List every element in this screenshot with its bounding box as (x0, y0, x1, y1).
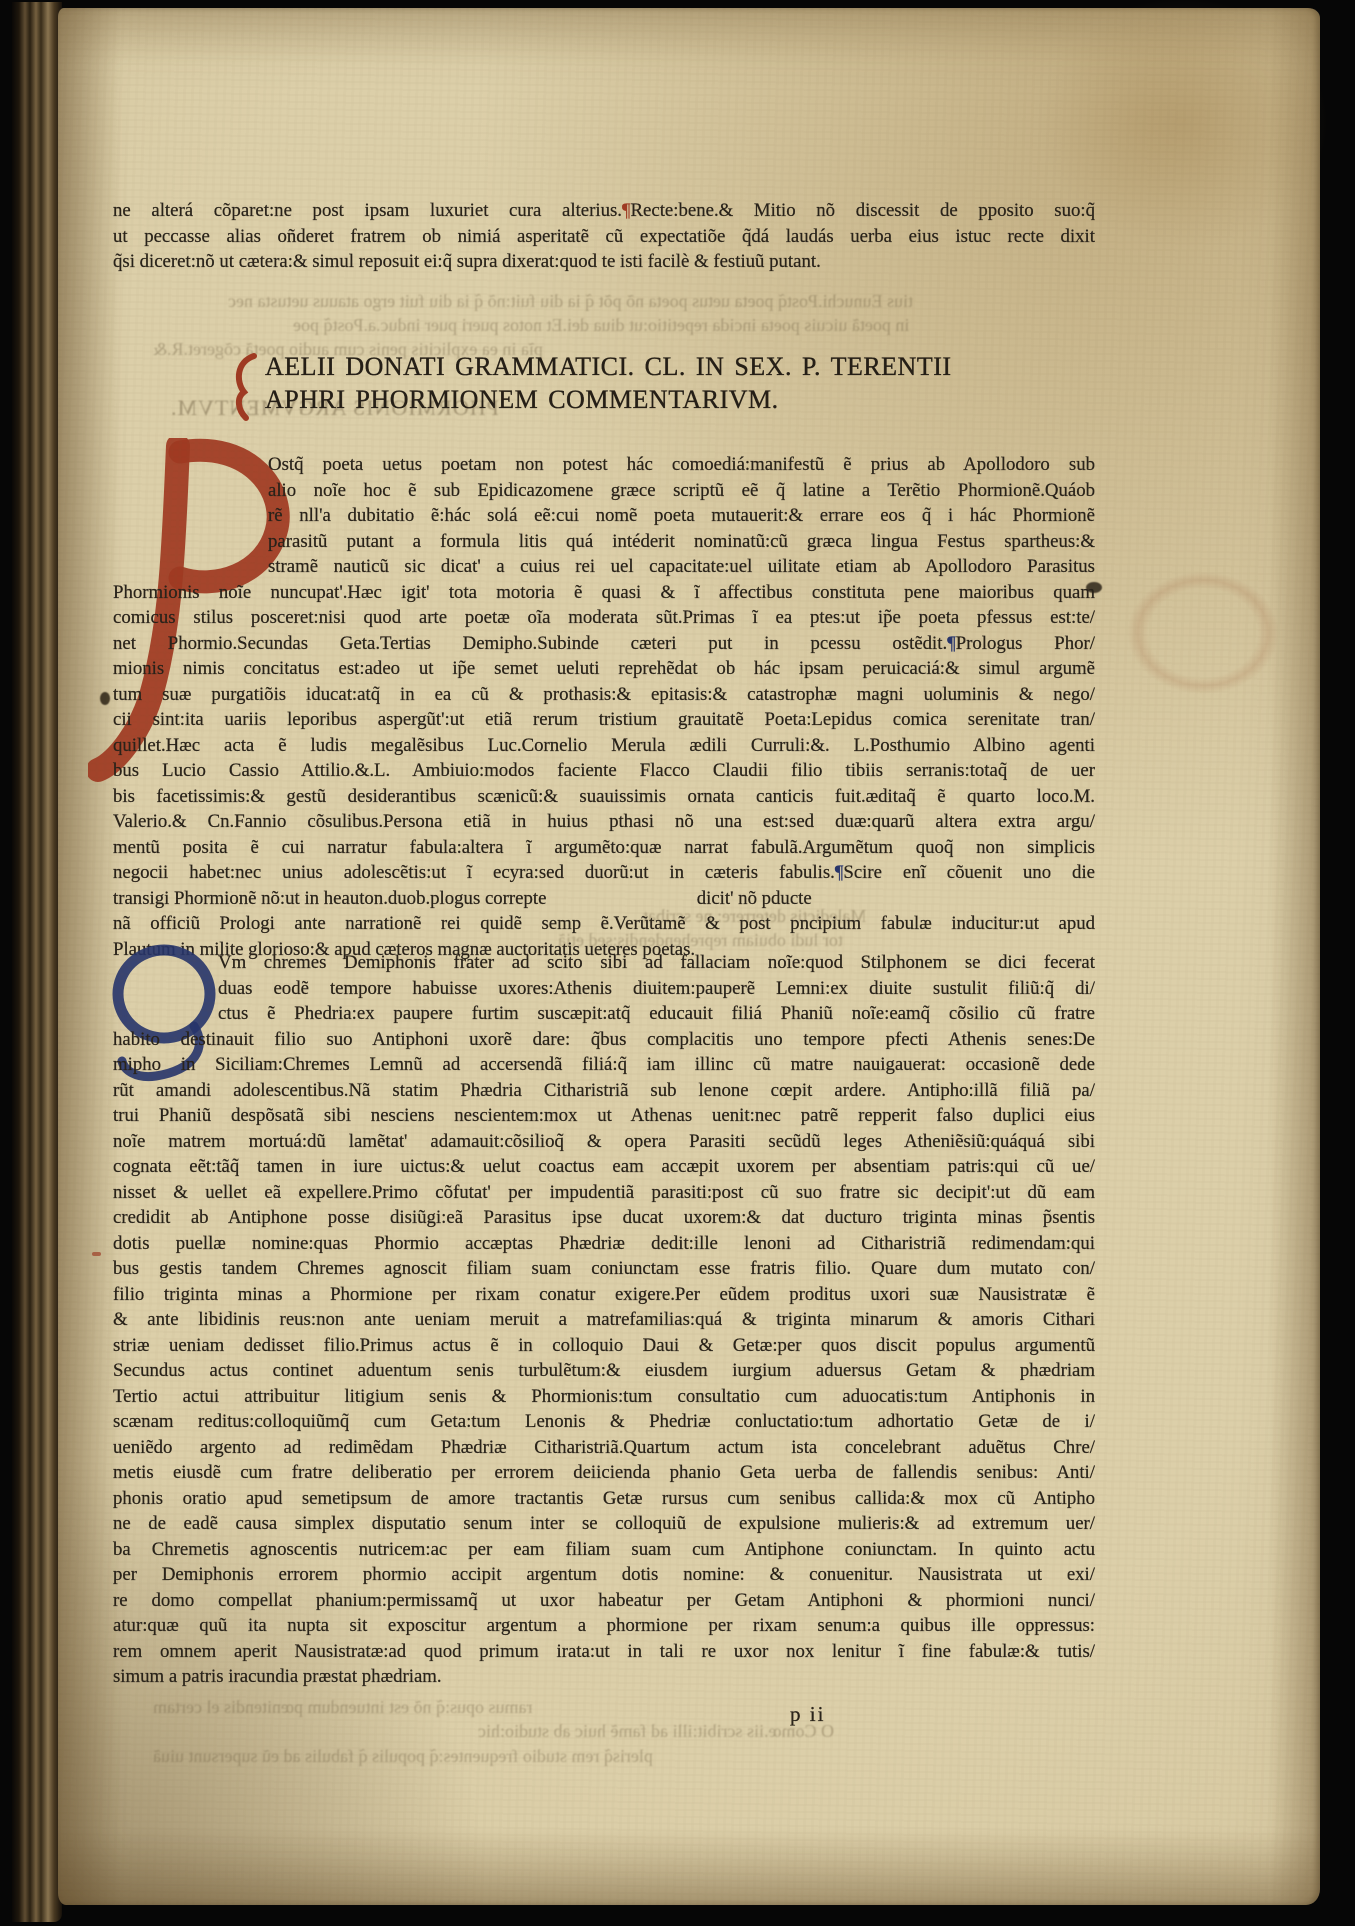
text-line: net Phormio.Secundas Geta.Tertias Demiph… (113, 631, 1095, 657)
showthrough-line: O Comœ.iis scribit:illi ad famẽ huic ab … (478, 1720, 834, 1743)
text-line: mentũ posita ẽ cui narratur fabula:alter… (113, 835, 1095, 861)
heading-line1: AELII DONATI GRAMMATICI. CL. IN SEX. P. … (265, 350, 1035, 383)
text-line: Valerio.& Cn.Fannio cõsulibus.Persona et… (113, 809, 1095, 835)
text-line: re domo compellat phanium:permissamq̃ ut… (113, 1588, 1095, 1614)
text-line: trui Phaniũ despõsatã sibi nesciens nesc… (113, 1103, 1095, 1129)
showthrough-line: tius Eunuchi.Postq̃ poeta uetus poeta nõ… (228, 290, 913, 313)
text-line: alio noĩe hoc ẽ sub Epidicazomene græce … (268, 478, 1095, 504)
text-line: comicus stilus posceret:nisi quod arte p… (113, 605, 1095, 631)
text-line: bus gestis tandem Chremes agnoscit filia… (113, 1256, 1095, 1282)
book-scan: tius Eunuchi.Postq̃ poeta uetus poeta nõ… (0, 0, 1355, 1926)
text-line: q̃si diceret:nõ ut cætera:& simul reposu… (113, 249, 1095, 275)
text-line: credidit ab Antiphone posse disiũgi:eã P… (113, 1205, 1095, 1231)
stacked-leaf-edges (12, 2, 62, 1922)
ring-stain (1098, 548, 1308, 718)
text-line: bus Lucio Cassio Attilio.&.L. Ambiuio:mo… (113, 758, 1095, 784)
showthrough-line: in poetã uicuis poeta incida repetitio:u… (293, 314, 909, 337)
text-line: rũt amandi adolescentibus.Nã statim Phæd… (113, 1078, 1095, 1104)
text-line: Tertio actui attribuitur litigium senis … (113, 1384, 1095, 1410)
text-line: duas eodẽ tempore habuisse uxores:Atheni… (218, 976, 1095, 1002)
text-line: noĩe matrem mortuá:dũ lamẽtat' adamauit:… (113, 1129, 1095, 1155)
text-line: ne de eadẽ causa simplex disputatio senu… (113, 1511, 1095, 1537)
text-line: rẽ nll'a dubitatio ẽ:hác solá eẽ:cui nom… (268, 503, 1095, 529)
text-line: stramẽ nauticũ sic dicat' a cuius rei ue… (268, 554, 1095, 580)
text-line: filio triginta minas a Phormione per rix… (113, 1282, 1095, 1308)
text-line: ueniẽdo argento ad redimẽdam Phædriæ Cit… (113, 1435, 1095, 1461)
text-line: quillet.Hæc acta ẽ ludis megalẽsibus Luc… (113, 733, 1095, 759)
text-line: atur:quæ quũ ita nupta sit exposcitur ar… (113, 1613, 1095, 1639)
text-line: mionis nimis concitatus est:adeo ut ip̃e… (113, 656, 1095, 682)
text-line: parasitũ putant a formula litis quá inté… (268, 529, 1095, 555)
text-line: per Demiphonis errorem phormio accipit a… (113, 1562, 1095, 1588)
text-line: bis facetissimis:& gestũ desiderantibus … (113, 784, 1095, 810)
text-line: Vm chremes Demiphonis frater ad scito si… (218, 950, 1095, 976)
text-line: mipho in Siciliam:Chremes Lemnũ ad accer… (113, 1052, 1095, 1078)
argument-paragraph: Vm chremes Demiphonis frater ad scito si… (113, 950, 1095, 1690)
text-line: phonis oratio apud semetipsum de amore t… (113, 1486, 1095, 1512)
text-line: striæ ueniam dedisset filio.Primus actus… (113, 1333, 1095, 1359)
text-line: tum suæ purgatiõis iducat:atq̃ in ea cũ … (113, 682, 1095, 708)
chapter-heading: AELII DONATI GRAMMATICI. CL. IN SEX. P. … (265, 350, 1035, 416)
text-line: ctus ẽ Phedria:ex paupere furtim suscæpi… (218, 1001, 1095, 1027)
rubric-mark-icon (228, 352, 264, 422)
text-line: Phormionis noĩe nuncupat'.Hæc igit' tota… (113, 580, 1095, 606)
rubric-mark (228, 352, 264, 427)
text-line: & ante libidinis reus:non ante ueniam me… (113, 1307, 1095, 1333)
parchment-page: tius Eunuchi.Postq̃ poeta uetus poeta nõ… (58, 8, 1320, 1905)
heading-line2: APHRI PHORMIONEM COMMENTARIVM. (265, 383, 1035, 416)
text-line: rem omnem aperit Nausistratæ:ad quod pri… (113, 1639, 1095, 1665)
text-line: dotis puellæ nomine:quas Phormio accæpta… (113, 1231, 1095, 1257)
showthrough-line: ramus opus:q̃ nõ est intuendum pœnitendi… (153, 1696, 532, 1719)
text-line: transigi Phormionẽ nõ:ut in heauton.duob… (113, 886, 1095, 912)
text-line: negocii habet:nec unius adolescẽtis:ut ĩ… (113, 860, 1095, 886)
top-paragraph: ne alterá cõparet:ne post ipsam luxuriet… (113, 198, 1095, 275)
text-line: Ostq̃ poeta uetus poetam non potest hác … (268, 452, 1095, 478)
text-line: scænam reditus:colloquiũmq̃ cum Geta:tum… (113, 1409, 1095, 1435)
text-line: nisset & uellet eã expellere.Primo cõfut… (113, 1180, 1095, 1206)
text-line: nã officiũ Prologi ante narrationẽ rei q… (113, 911, 1095, 937)
showthrough-line: plerisq̃ rem studio frequentes:q̃ populi… (153, 1745, 653, 1768)
text-line: habito destinauit filio suo Antiphoni ux… (113, 1027, 1095, 1053)
text-line: cii sint:ita uariis leporibus aspergũt':… (113, 707, 1095, 733)
text-line: ne alterá cõparet:ne post ipsam luxuriet… (113, 198, 1095, 224)
text-line: Secundus actus continet aduentum senis t… (113, 1358, 1095, 1384)
text-line: simum a patris iracundia præstat phædria… (113, 1664, 1095, 1690)
text-line: cognata eẽt:tãq̃ tamen in iure uictus:& … (113, 1154, 1095, 1180)
commentary-paragraph: Ostq̃ poeta uetus poetam non potest hác … (113, 452, 1095, 962)
red-speck (92, 1252, 101, 1256)
text-line: ba Chremetis agnoscentis nutricem:ac per… (113, 1537, 1095, 1563)
quire-signature: p ii (790, 1702, 825, 1727)
text-line: metis eiusdẽ cum fratre deliberatio per … (113, 1460, 1095, 1486)
text-line: ut peccasse alias oñderet fratrem ob nim… (113, 224, 1095, 250)
